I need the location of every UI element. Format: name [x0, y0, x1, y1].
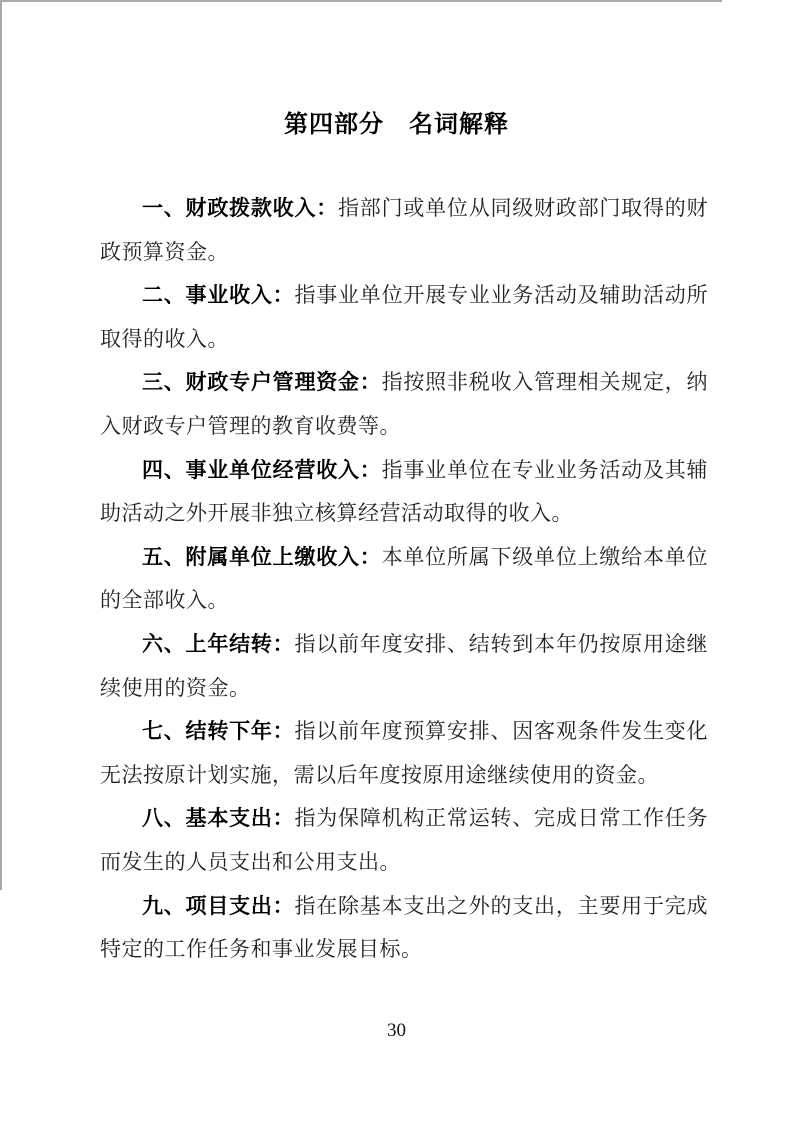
glossary-item: 二、事业收入：指事业单位开展专业业务活动及辅助活动所取得的收入。 [100, 274, 708, 361]
glossary-term: 三、财政专户管理资金： [142, 371, 382, 394]
glossary-item: 八、基本支出：指为保障机构正常运转、完成日常工作任务而发生的人员支出和公用支出。 [100, 797, 708, 884]
glossary-term: 八、基本支出： [142, 807, 294, 830]
glossary-term: 一、财政拨款收入： [142, 197, 338, 220]
glossary-item: 一、财政拨款收入：指部门或单位从同级财政部门取得的财政预算资金。 [100, 187, 708, 274]
glossary-item: 三、财政专户管理资金：指按照非税收入管理相关规定，纳入财政专户管理的教育收费等。 [100, 361, 708, 448]
glossary-term: 七、结转下年： [142, 720, 294, 743]
glossary-item: 九、项目支出：指在除基本支出之外的支出，主要用于完成特定的工作任务和事业发展目标… [100, 885, 708, 972]
page-title: 第四部分 名词解释 [0, 104, 793, 139]
glossary-item: 六、上年结转：指以前年度安排、结转到本年仍按原用途继续使用的资金。 [100, 623, 708, 710]
page-number: 30 [0, 1020, 793, 1042]
document-page: 第四部分 名词解释 一、财政拨款收入：指部门或单位从同级财政部门取得的财政预算资… [0, 0, 793, 1122]
glossary-term: 五、附属单位上缴收入： [142, 546, 382, 569]
glossary-item: 五、附属单位上缴收入：本单位所属下级单位上缴给本单位的全部收入。 [100, 536, 708, 623]
glossary-term: 六、上年结转： [142, 633, 294, 656]
glossary-term: 四、事业单位经营收入： [142, 459, 382, 482]
glossary-list: 一、财政拨款收入：指部门或单位从同级财政部门取得的财政预算资金。 二、事业收入：… [100, 187, 708, 972]
glossary-item: 七、结转下年：指以前年度预算安排、因客观条件发生变化无法按原计划实施，需以后年度… [100, 710, 708, 797]
glossary-term: 九、项目支出： [142, 895, 294, 918]
scan-edge-top [0, 0, 722, 2]
glossary-term: 二、事业收入： [142, 284, 294, 307]
glossary-item: 四、事业单位经营收入：指事业单位在专业业务活动及其辅助活动之外开展非独立核算经营… [100, 449, 708, 536]
